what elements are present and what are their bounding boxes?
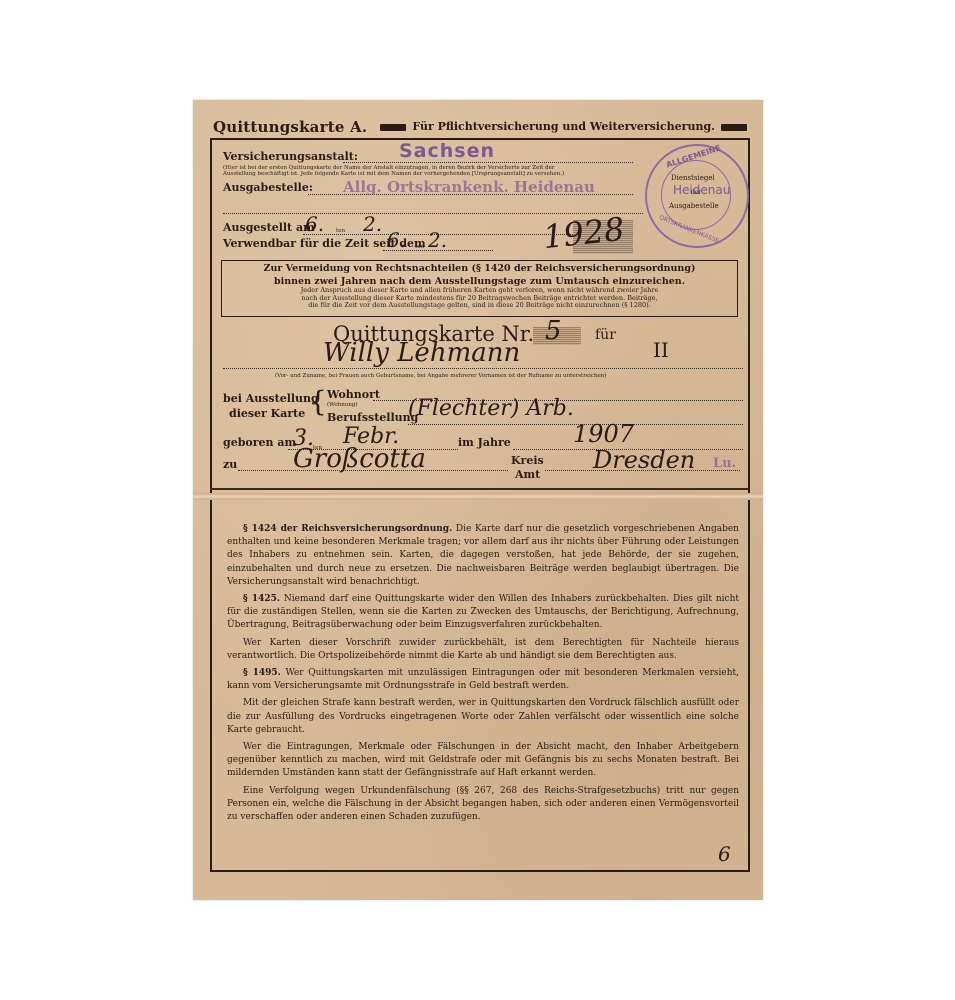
text-1495: Wer Quittungskarten mit unzulässigen Ein… <box>227 668 739 691</box>
pointing-hand-icon <box>721 124 747 131</box>
usable-month: 2. <box>428 228 447 252</box>
name-line <box>223 368 743 369</box>
at-place-label: zu <box>223 458 237 471</box>
insurance-institution-label: Versicherungsanstalt: <box>223 150 358 163</box>
holder-name: Willy Lehmann <box>323 338 520 368</box>
fold-crease <box>193 493 763 500</box>
card-number-value: 5 <box>545 316 562 346</box>
card-header: Quittungskarte A. Für Pflichtversicherun… <box>213 118 753 138</box>
institution-line <box>343 162 633 163</box>
paragraph-1495b: Mit der gleichen Strafe kann bestraft we… <box>227 697 739 737</box>
paragraph-1424: § 1424 der Reichsversicherungsordnung. D… <box>227 523 739 589</box>
issued-on-label: Ausgestellt am <box>223 221 315 234</box>
in-year-label: im Jahre <box>458 436 511 449</box>
text-267: Eine Verfolgung wegen Urkundenfälschung … <box>227 786 739 822</box>
born-on-label: geboren am <box>223 436 296 449</box>
pointing-hand-icon <box>380 124 406 131</box>
seal-line-1: Dienstsiegel <box>671 174 715 182</box>
heading-1495: § 1495. <box>243 668 281 678</box>
card-subtitle: Für Pflichtversicherung und Weiterversic… <box>374 120 753 133</box>
name-note: (Vor- und Zuname, bei Frauen auch Geburt… <box>275 373 606 380</box>
at-issuance-label: bei Ausstellung <box>223 392 319 405</box>
paragraph-1425b: Wer Karten dieser Vorschrift zuwider zur… <box>227 637 739 663</box>
occupation-label: Berufsstellung <box>327 411 418 424</box>
issuing-office-stamp: Allg. Ortskrankenk. Heidenau <box>343 178 595 196</box>
paragraph-1495c: Wer die Eintragungen, Merkmale oder Fäls… <box>227 741 739 781</box>
birth-year: 1907 <box>573 420 634 448</box>
seal-line-4: Ausgabestelle <box>669 202 719 210</box>
occupation-value: (Flechter) Arb. <box>408 396 574 421</box>
card-title: Quittungskarte A. <box>213 118 367 136</box>
text-1495c: Wer die Eintragungen, Merkmale oder Fäls… <box>227 742 739 778</box>
paragraph-267: Eine Verfolgung wegen Urkundenfälschung … <box>227 785 739 825</box>
page-mark: 6 <box>718 842 731 866</box>
issued-month: 2. <box>363 212 382 236</box>
office-label: Amt <box>515 468 540 481</box>
notice-line-1: Zur Vermeidung von Rechtsnachteilen (§ 1… <box>222 263 737 274</box>
receipt-card: Quittungskarte A. Für Pflichtversicherun… <box>193 100 763 900</box>
dwelling-label: (Wohnung) <box>327 402 358 409</box>
text-1495b: Mit der gleichen Strafe kann bestraft we… <box>227 698 739 734</box>
official-seal: ALLGEMEINE ORTSKRANKENKASSE Dienstsiegel… <box>645 144 749 248</box>
usable-day: 6. <box>387 228 406 252</box>
seal-line-3: der <box>691 189 701 196</box>
for-label: für <box>595 327 616 343</box>
birth-place: Großcotta <box>293 444 426 474</box>
issued-sep: ten <box>336 228 345 235</box>
district-stamp: Lu. <box>713 456 736 471</box>
heading-1425: § 1425. <box>243 594 280 604</box>
legal-notice-box: Zur Vermeidung von Rechtsnachteilen (§ 1… <box>221 260 738 317</box>
text-1425: Niemand darf eine Quittungskarte wider d… <box>227 594 739 630</box>
wage-class-mark: II <box>653 338 669 362</box>
usable-sep: ten <box>415 244 424 251</box>
this-card-label: dieser Karte <box>229 407 305 420</box>
legal-text: § 1424 der Reichsversicherungsordnung. D… <box>227 523 739 828</box>
heading-1424: § 1424 der Reichsversicherungsordnung. <box>243 524 452 534</box>
seal-place: Heidenau <box>673 183 730 197</box>
issued-day: 6. <box>305 212 324 236</box>
institution-value: Sachsen <box>399 140 495 162</box>
subtitle-text: Für Pflichtversicherung und Weiterversic… <box>412 120 715 133</box>
brace: { <box>309 388 327 416</box>
district-value: Dresden <box>593 446 695 474</box>
issuing-office-label: Ausgabestelle: <box>223 181 313 194</box>
section-divider <box>210 488 748 490</box>
district-label: Kreis <box>511 454 544 467</box>
paragraph-1425: § 1425. Niemand darf eine Quittungskarte… <box>227 593 739 633</box>
paragraph-1495: § 1495. Wer Quittungskarten mit unzuläss… <box>227 667 739 693</box>
institution-note-2: Ausstellung beschäftigt ist. Jede folgen… <box>223 171 564 178</box>
text-1425b: Wer Karten dieser Vorschrift zuwider zur… <box>227 638 739 661</box>
notice-line-5: die für die Zeit vor dem Ausstellungstag… <box>222 302 737 310</box>
